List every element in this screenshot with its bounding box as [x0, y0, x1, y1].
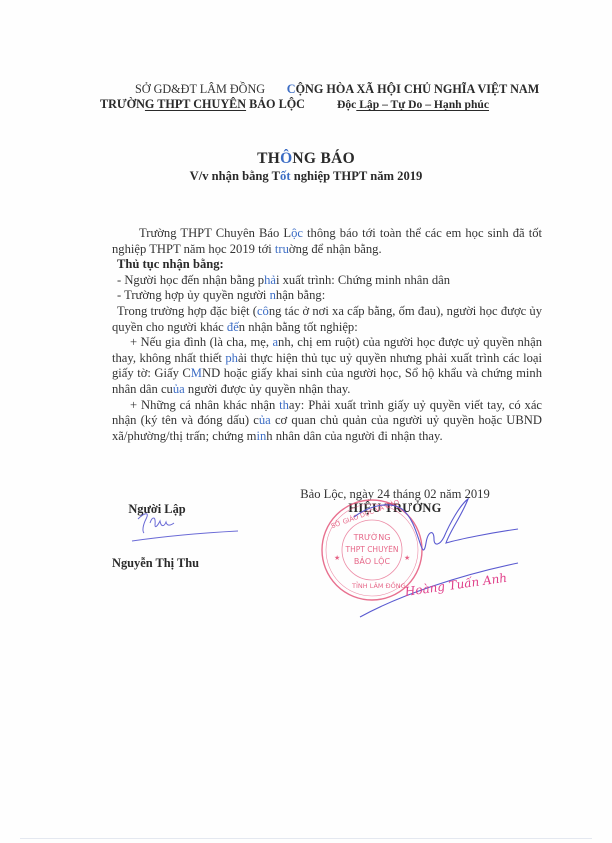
family-proxy-paragraph: + Nếu gia đình (là cha, mẹ, anh, chị em … [112, 335, 542, 397]
page-edge [20, 838, 592, 839]
procedure-heading: Thủ tục nhận bằng: [112, 257, 542, 273]
special-case-paragraph: Trong trường hợp đặc biệt (công tác ở nơ… [112, 304, 542, 335]
procedure-item-proxy: - Trường hợp ủy quyền người nhận bằng: [112, 288, 542, 304]
document-title: THÔNG BÁO [0, 150, 612, 168]
national-motto-header: CỘNG HÒA XÃ HỘI CHỦ NGHĨA VIỆT NAM Độc L… [268, 82, 558, 112]
motto: Độc Lập – Tự Do – Hạnh phúc [268, 97, 558, 112]
svg-text:★: ★ [334, 554, 340, 562]
procedure-item-id: - Người học đến nhận bằng phải xuất trìn… [112, 273, 542, 289]
other-proxy-paragraph: + Những cá nhân khác nhận thay: Phải xuấ… [112, 398, 542, 445]
document-subject: V/v nhận bằng Tốt nghiệp THPT năm 2019 [0, 169, 612, 184]
intro-paragraph: Trường THPT Chuyên Báo Lộc thông báo tới… [112, 226, 542, 257]
document-page: SỞ GD&ĐT LÂM ĐỒNG TRƯỜNG THPT CHUYÊN BẢO… [0, 0, 612, 843]
country-name: CỘNG HÒA XÃ HỘI CHỦ NGHĨA VIỆT NAM [268, 82, 558, 97]
preparer-signature-icon [130, 505, 240, 545]
document-body: Trường THPT Chuyên Báo Lộc thông báo tới… [112, 226, 542, 444]
principal-signature-icon [350, 495, 520, 620]
preparer-name: Nguyễn Thị Thu [112, 556, 212, 571]
